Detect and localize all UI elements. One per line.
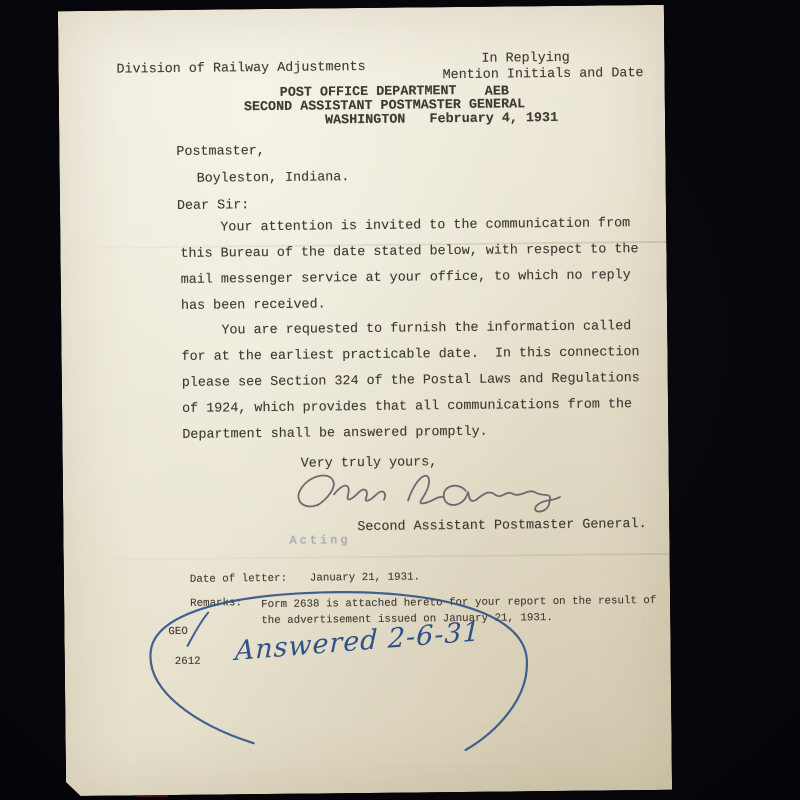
fold-crease-lower xyxy=(64,553,670,561)
reply-note-line2: Mention Initials and Date xyxy=(443,66,644,83)
signer-title: Second Assistant Postmaster General. xyxy=(357,517,646,535)
signature-strokes xyxy=(298,473,560,514)
reply-note-line1: In Replying xyxy=(481,51,570,67)
date-of-letter-value: January 21, 1931. xyxy=(310,571,420,584)
photo-background: Division of Railway Adjustments In Reply… xyxy=(0,0,800,800)
paragraph-2: You are requested to furnish the informa… xyxy=(181,314,640,449)
signature xyxy=(288,461,569,526)
paragraph-1: Your attention is invited to the communi… xyxy=(180,211,639,320)
salutation: Dear Sir: xyxy=(177,198,249,214)
letter-paper: Division of Railway Adjustments In Reply… xyxy=(58,5,672,796)
place-and-date: WASHINGTON February 4, 1931 xyxy=(325,111,558,128)
paragraph-1-line: mail messenger service at your office, t… xyxy=(181,263,639,294)
division-line: Division of Railway Adjustments xyxy=(116,60,365,78)
addressee-city: Boyleston, Indiana. xyxy=(197,170,350,187)
paragraph-2-line: Department shall be answered promptly. xyxy=(182,418,640,449)
addressee: Postmaster, xyxy=(176,144,265,160)
paragraph-2-line: of 1924, which provides that all communi… xyxy=(182,392,640,423)
date-of-letter-label: Date of letter: xyxy=(190,573,287,586)
acting-stamp: Acting xyxy=(289,533,350,548)
answered-circle xyxy=(142,584,544,768)
